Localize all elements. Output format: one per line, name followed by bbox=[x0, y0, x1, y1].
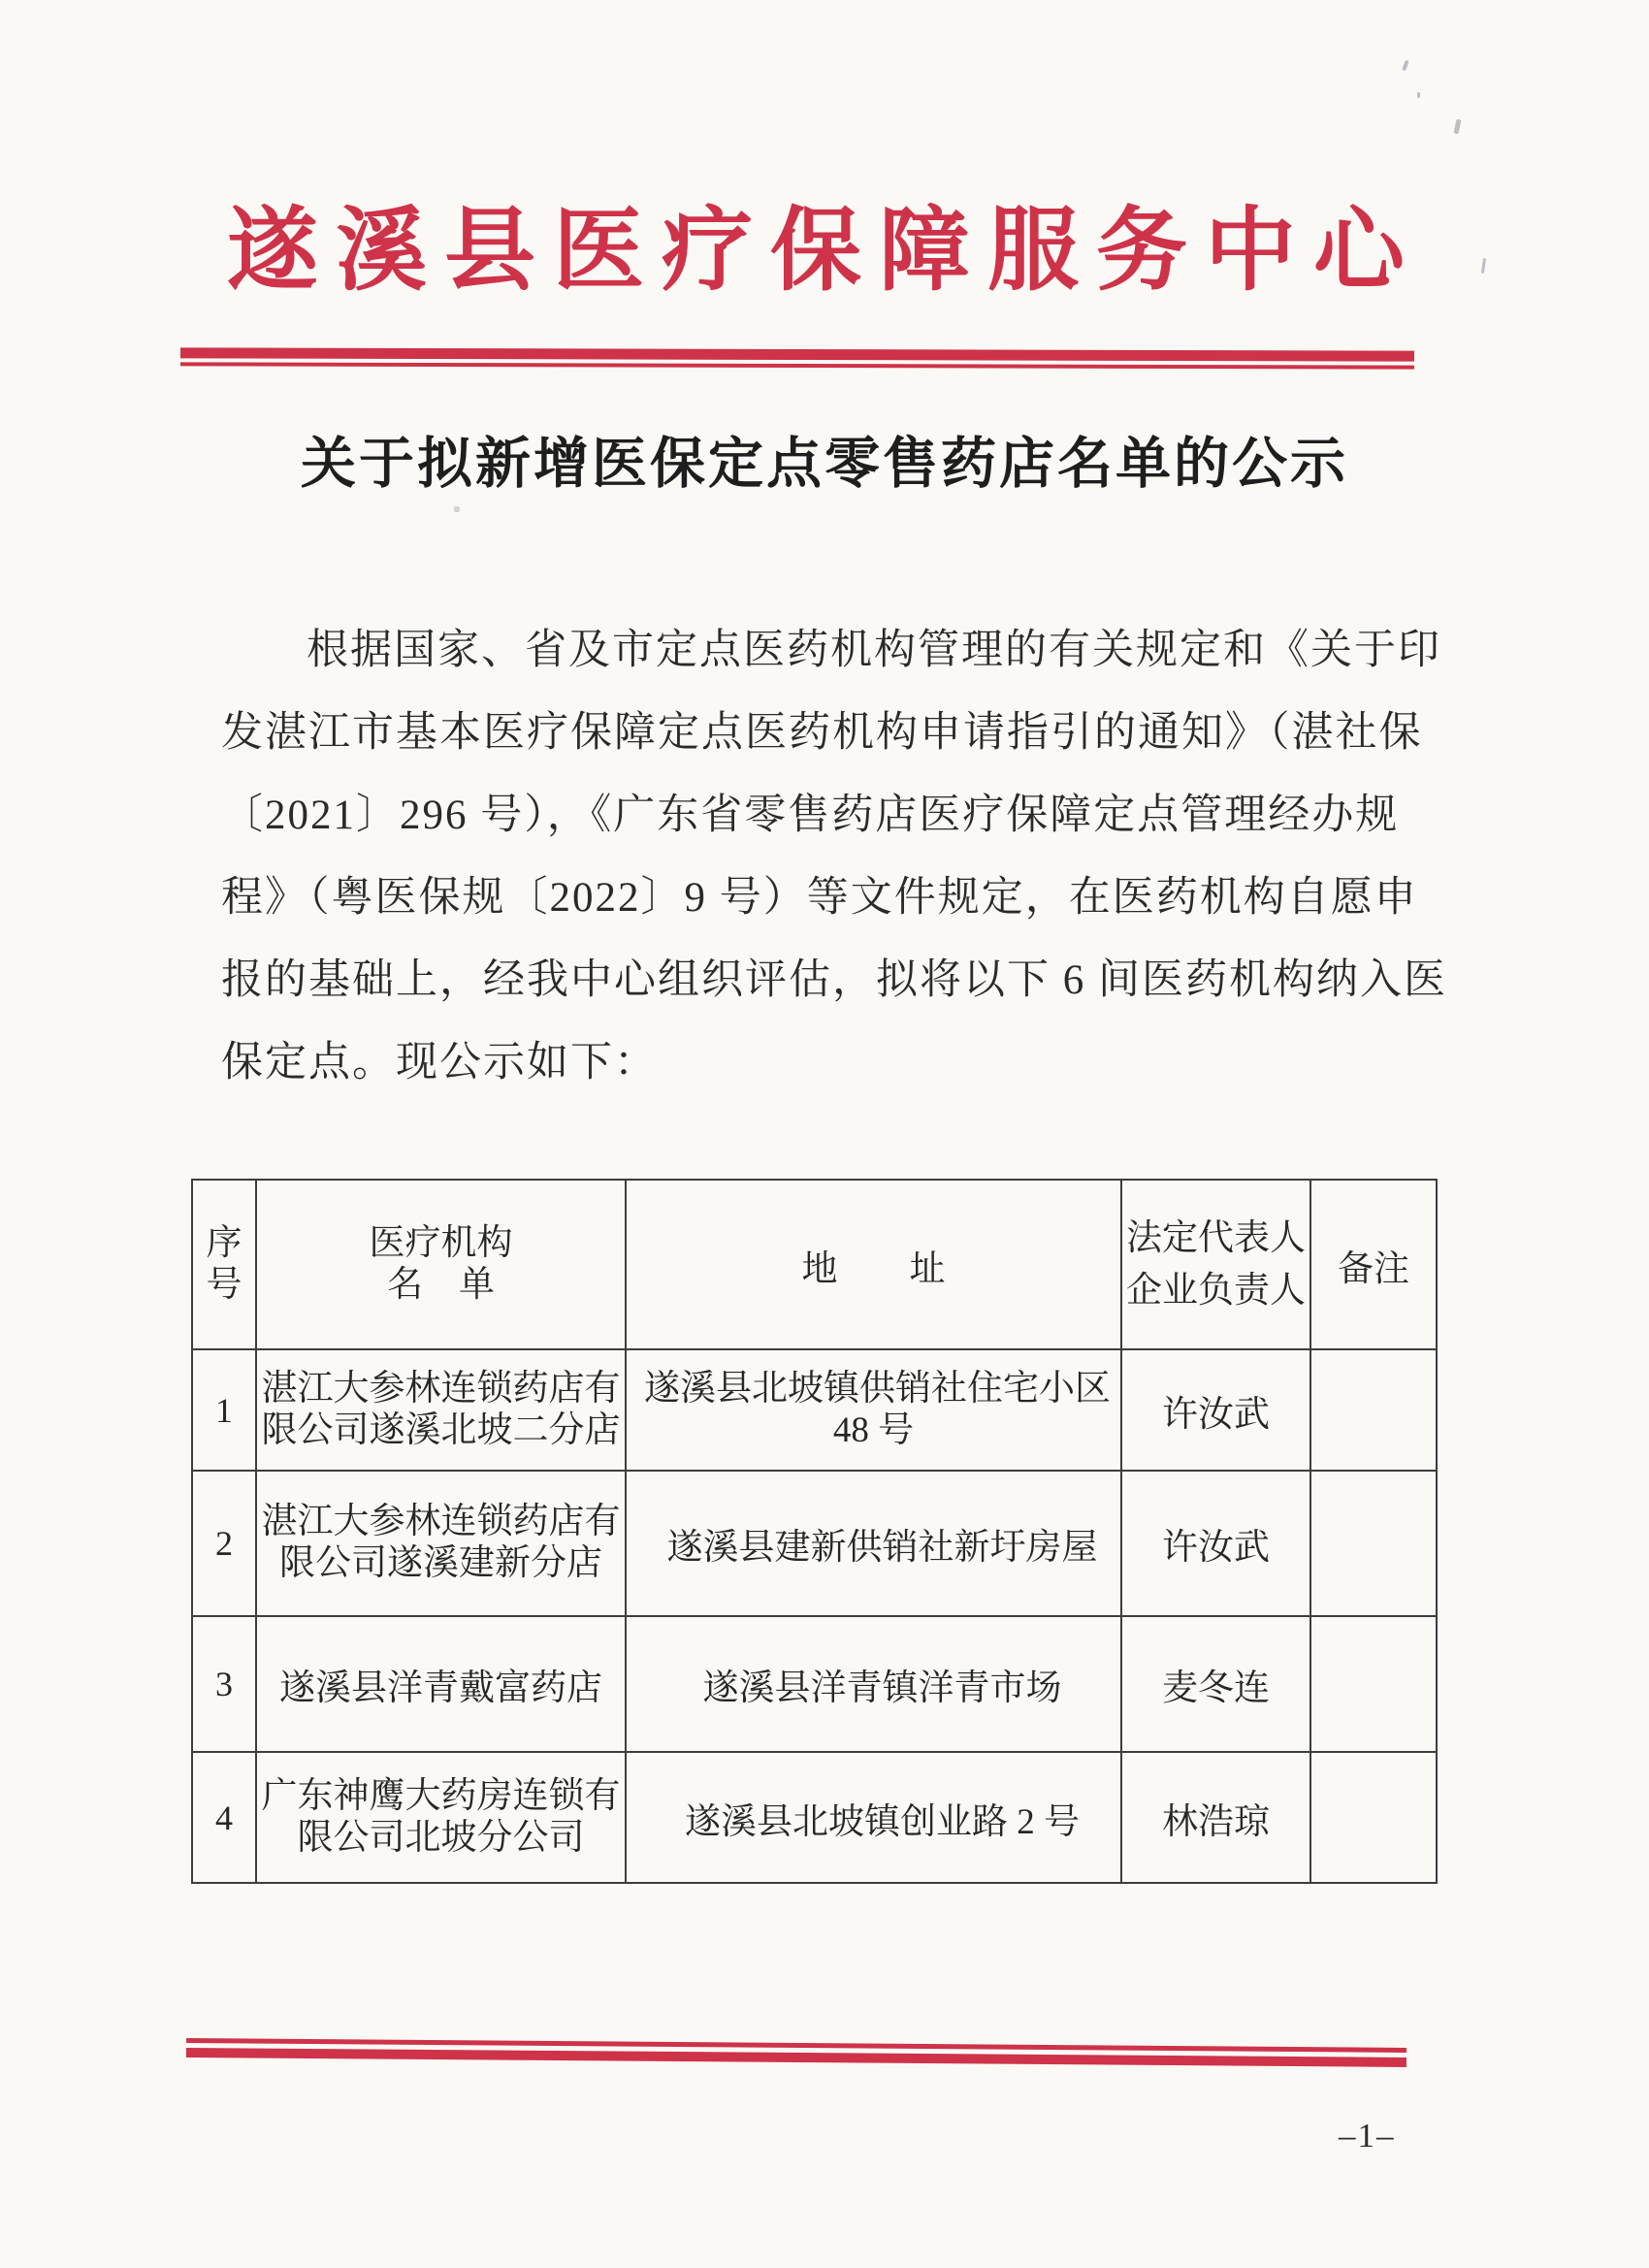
representative-cell: 麦冬连 bbox=[1121, 1616, 1310, 1752]
page-number: –1– bbox=[1339, 2117, 1396, 2155]
body-line: 〔2021〕296 号），《广东省零售药店医疗保障定点管理经办规 bbox=[221, 774, 1424, 857]
name-cell-stack: 湛江大参林连锁药店有 限公司遂溪北坡二分店 bbox=[257, 1369, 625, 1451]
name-cell: 湛江大参林连锁药店有 限公司遂溪北坡二分店 bbox=[256, 1349, 626, 1471]
header-remark: 备注 bbox=[1310, 1180, 1437, 1349]
header-name: 医疗机构 名 单 bbox=[256, 1180, 626, 1349]
name-cell-stack: 广东神鹰大药房连锁有 限公司北坡分公司 bbox=[257, 1776, 625, 1859]
serial-cell: 2 bbox=[192, 1471, 256, 1616]
letterhead-divider-rule bbox=[180, 347, 1414, 369]
letterhead-title: 遂溪县医疗保障服务中心 bbox=[0, 206, 1649, 297]
representative-cell: 林浩琼 bbox=[1121, 1752, 1310, 1883]
representative-cell: 许汝武 bbox=[1121, 1349, 1310, 1471]
table-row: 4 广东神鹰大药房连锁有 限公司北坡分公司 遂溪县北坡镇创业路 2 号 林浩琼 bbox=[192, 1752, 1437, 1883]
representative-cell: 许汝武 bbox=[1121, 1471, 1310, 1616]
header-address: 地 址 bbox=[626, 1180, 1121, 1349]
serial-cell: 1 bbox=[192, 1349, 256, 1471]
table-row: 1 湛江大参林连锁药店有 限公司遂溪北坡二分店 遂溪县北坡镇供销社住宅小区 48… bbox=[192, 1349, 1437, 1471]
name-line1: 湛江大参林连锁药店有 bbox=[262, 1369, 621, 1410]
scan-speck bbox=[1453, 119, 1461, 135]
pharmacy-table-wrap: 序 号 医疗机构 名 单 地 址 法定代表人 企业负责人 bbox=[191, 1179, 1436, 1884]
header-name-line2: 名 单 bbox=[387, 1265, 495, 1307]
notice-title: 关于拟新增医保定点零售药店名单的公示 bbox=[0, 433, 1649, 497]
body-line: 报的基础上，经我中心组织评估，拟将以下 6 间医药机构纳入医 bbox=[221, 939, 1424, 1021]
name-line2: 限公司遂溪建新分店 bbox=[279, 1543, 602, 1585]
scan-speck bbox=[454, 506, 460, 512]
body-line: 根据国家、省及市定点医药机构管理的有关规定和《关于印 bbox=[221, 609, 1424, 692]
address-line1: 遂溪县北坡镇供销社住宅小区 bbox=[627, 1369, 1111, 1410]
address-cell: 遂溪县北坡镇供销社住宅小区 48 号 bbox=[626, 1349, 1121, 1471]
remark-cell bbox=[1310, 1471, 1437, 1616]
address-cell: 遂溪县北坡镇创业路 2 号 bbox=[626, 1752, 1121, 1883]
remark-cell bbox=[1310, 1349, 1437, 1471]
table-header-row: 序 号 医疗机构 名 单 地 址 法定代表人 企业负责人 bbox=[192, 1180, 1437, 1349]
body-line: 程》（粤医保规〔2022〕9 号）等文件规定，在医药机构自愿申 bbox=[221, 857, 1424, 939]
scan-speck bbox=[1417, 92, 1420, 98]
header-representative-stack: 法定代表人 企业负责人 bbox=[1122, 1213, 1309, 1316]
header-name-line1: 医疗机构 bbox=[370, 1223, 513, 1265]
header-serial: 序 号 bbox=[192, 1180, 256, 1349]
pharmacy-table: 序 号 医疗机构 名 单 地 址 法定代表人 企业负责人 bbox=[191, 1179, 1438, 1884]
footer-divider-rule bbox=[186, 2038, 1406, 2067]
header-representative: 法定代表人 企业负责人 bbox=[1121, 1180, 1310, 1349]
header-serial-stack: 序 号 bbox=[193, 1223, 255, 1306]
name-line1: 湛江大参林连锁药店有 bbox=[262, 1502, 621, 1543]
body-paragraph: 根据国家、省及市定点医药机构管理的有关规定和《关于印 发湛江市基本医疗保障定点医… bbox=[221, 609, 1424, 1104]
header-rep-line2: 企业负责人 bbox=[1126, 1265, 1306, 1317]
name-line2: 限公司遂溪北坡二分店 bbox=[262, 1410, 621, 1452]
scan-speck bbox=[1402, 60, 1409, 72]
address-line2: 48 号 bbox=[833, 1410, 914, 1452]
name-cell: 湛江大参林连锁药店有 限公司遂溪建新分店 bbox=[256, 1471, 626, 1616]
table-row: 3 遂溪县洋青戴富药店 遂溪县洋青镇洋青市场 麦冬连 bbox=[192, 1616, 1437, 1752]
scanned-notice-page: 遂溪县医疗保障服务中心 关于拟新增医保定点零售药店名单的公示 根据国家、省及市定… bbox=[0, 0, 1649, 2268]
name-cell: 广东神鹰大药房连锁有 限公司北坡分公司 bbox=[256, 1752, 626, 1883]
name-line2: 限公司北坡分公司 bbox=[298, 1818, 585, 1860]
serial-cell: 4 bbox=[192, 1752, 256, 1883]
header-name-stack: 医疗机构 名 单 bbox=[257, 1223, 625, 1306]
body-line: 发湛江市基本医疗保障定点医药机构申请指引的通知》（湛社保 bbox=[221, 692, 1424, 774]
header-serial-line1: 序 bbox=[207, 1223, 242, 1265]
body-line: 保定点。现公示如下： bbox=[221, 1021, 1424, 1104]
address-cell-stack: 遂溪县北坡镇供销社住宅小区 48 号 bbox=[627, 1369, 1120, 1451]
table-row: 2 湛江大参林连锁药店有 限公司遂溪建新分店 遂溪县建新供销社新圩房屋 许汝武 bbox=[192, 1471, 1437, 1616]
header-serial-line2: 号 bbox=[207, 1265, 242, 1307]
address-cell: 遂溪县洋青镇洋青市场 bbox=[626, 1616, 1121, 1752]
address-cell: 遂溪县建新供销社新圩房屋 bbox=[626, 1471, 1121, 1616]
name-line1: 广东神鹰大药房连锁有 bbox=[262, 1776, 621, 1818]
remark-cell bbox=[1310, 1752, 1437, 1883]
header-rep-line1: 法定代表人 bbox=[1126, 1213, 1306, 1265]
name-cell-stack: 湛江大参林连锁药店有 限公司遂溪建新分店 bbox=[257, 1502, 625, 1584]
remark-cell bbox=[1310, 1616, 1437, 1752]
serial-cell: 3 bbox=[192, 1616, 256, 1752]
name-cell: 遂溪县洋青戴富药店 bbox=[256, 1616, 626, 1752]
